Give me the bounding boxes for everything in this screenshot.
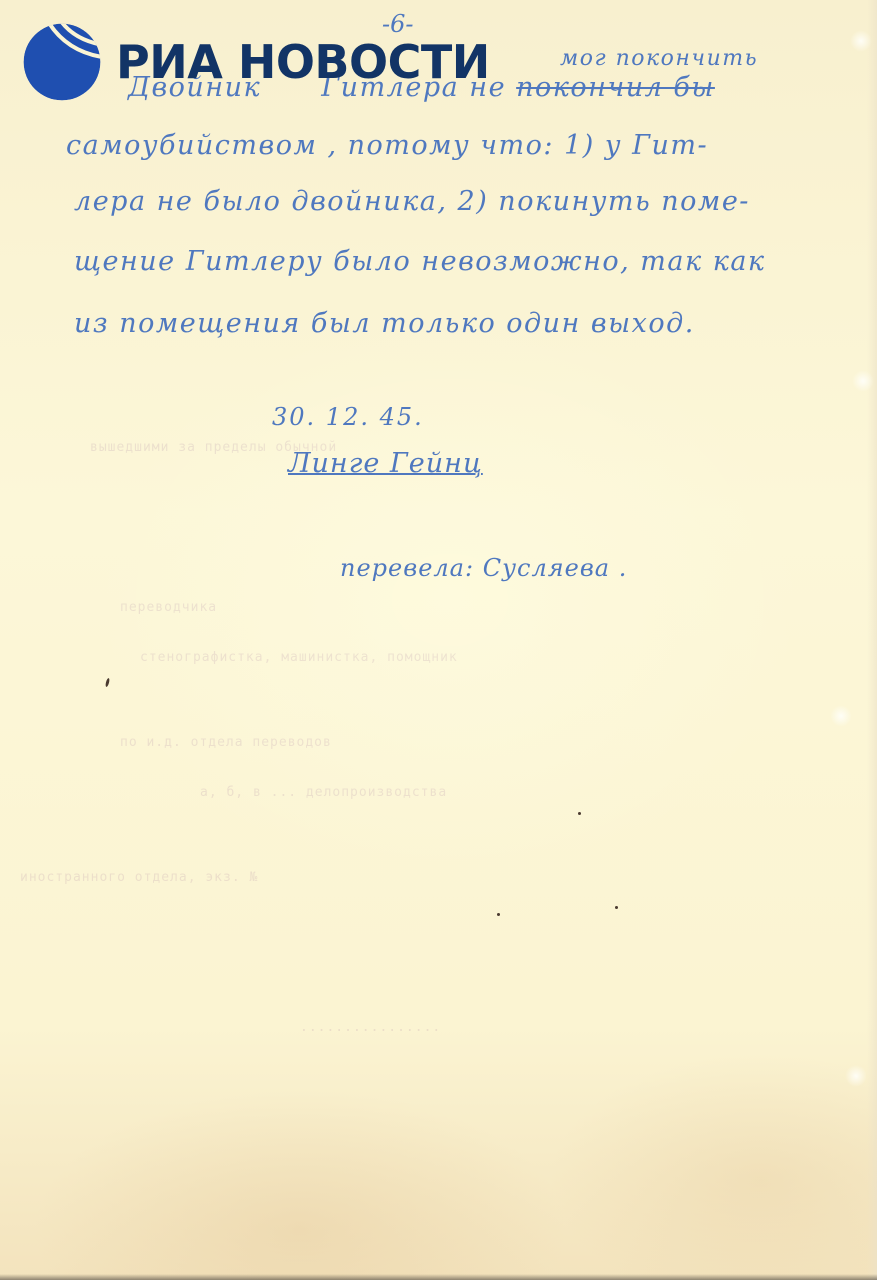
paper-tear — [850, 30, 872, 52]
paper-tear — [852, 370, 874, 392]
globe-icon — [22, 22, 102, 102]
paper-tear — [830, 705, 852, 727]
text-line-3: лера не было двойника, 2) покинуть поме- — [74, 188, 750, 215]
translator-name: Сусляева — [483, 554, 610, 582]
bleed-through-line: иностранного отдела, экз. № — [20, 870, 258, 885]
paper-speck — [497, 913, 500, 916]
bleed-through-line: стенографистка, машинистка, помощник — [140, 650, 458, 665]
bleed-through-line: а, б, в ... делопроизводства — [200, 785, 447, 800]
paper-edge-bottom — [0, 1274, 877, 1280]
paper-edge-right — [867, 0, 877, 1280]
brand-name: РИА НОВОСТИ — [116, 39, 490, 85]
text-line-4: щение Гитлеру было невозможно, так как — [74, 248, 766, 275]
paper-speck — [578, 812, 581, 815]
translator-trailing: . — [619, 554, 628, 582]
text-line-5: из помещения был только один выход. — [74, 310, 695, 337]
translator-label: перевела: — [340, 554, 474, 582]
struck-out-text: покончил бы — [516, 72, 715, 103]
paper-tear — [845, 1065, 867, 1087]
document-date: 30. 12. 45. — [272, 405, 424, 429]
ria-novosti-logo: РИА НОВОСТИ — [22, 22, 490, 102]
bleed-through-line: по и.д. отдела переводов — [120, 735, 332, 750]
text-line-2: самоубийством , потому что: 1) у Гит- — [66, 132, 708, 159]
translator-line: перевела: Сусляева . — [340, 556, 627, 580]
bleed-through-line: переводчика — [120, 600, 217, 615]
bleed-through-line: ................ — [300, 1020, 441, 1035]
paper-speck — [615, 906, 618, 909]
correction-insert: мог покончить — [560, 48, 758, 70]
signature: Линге Гейнц — [288, 450, 483, 477]
